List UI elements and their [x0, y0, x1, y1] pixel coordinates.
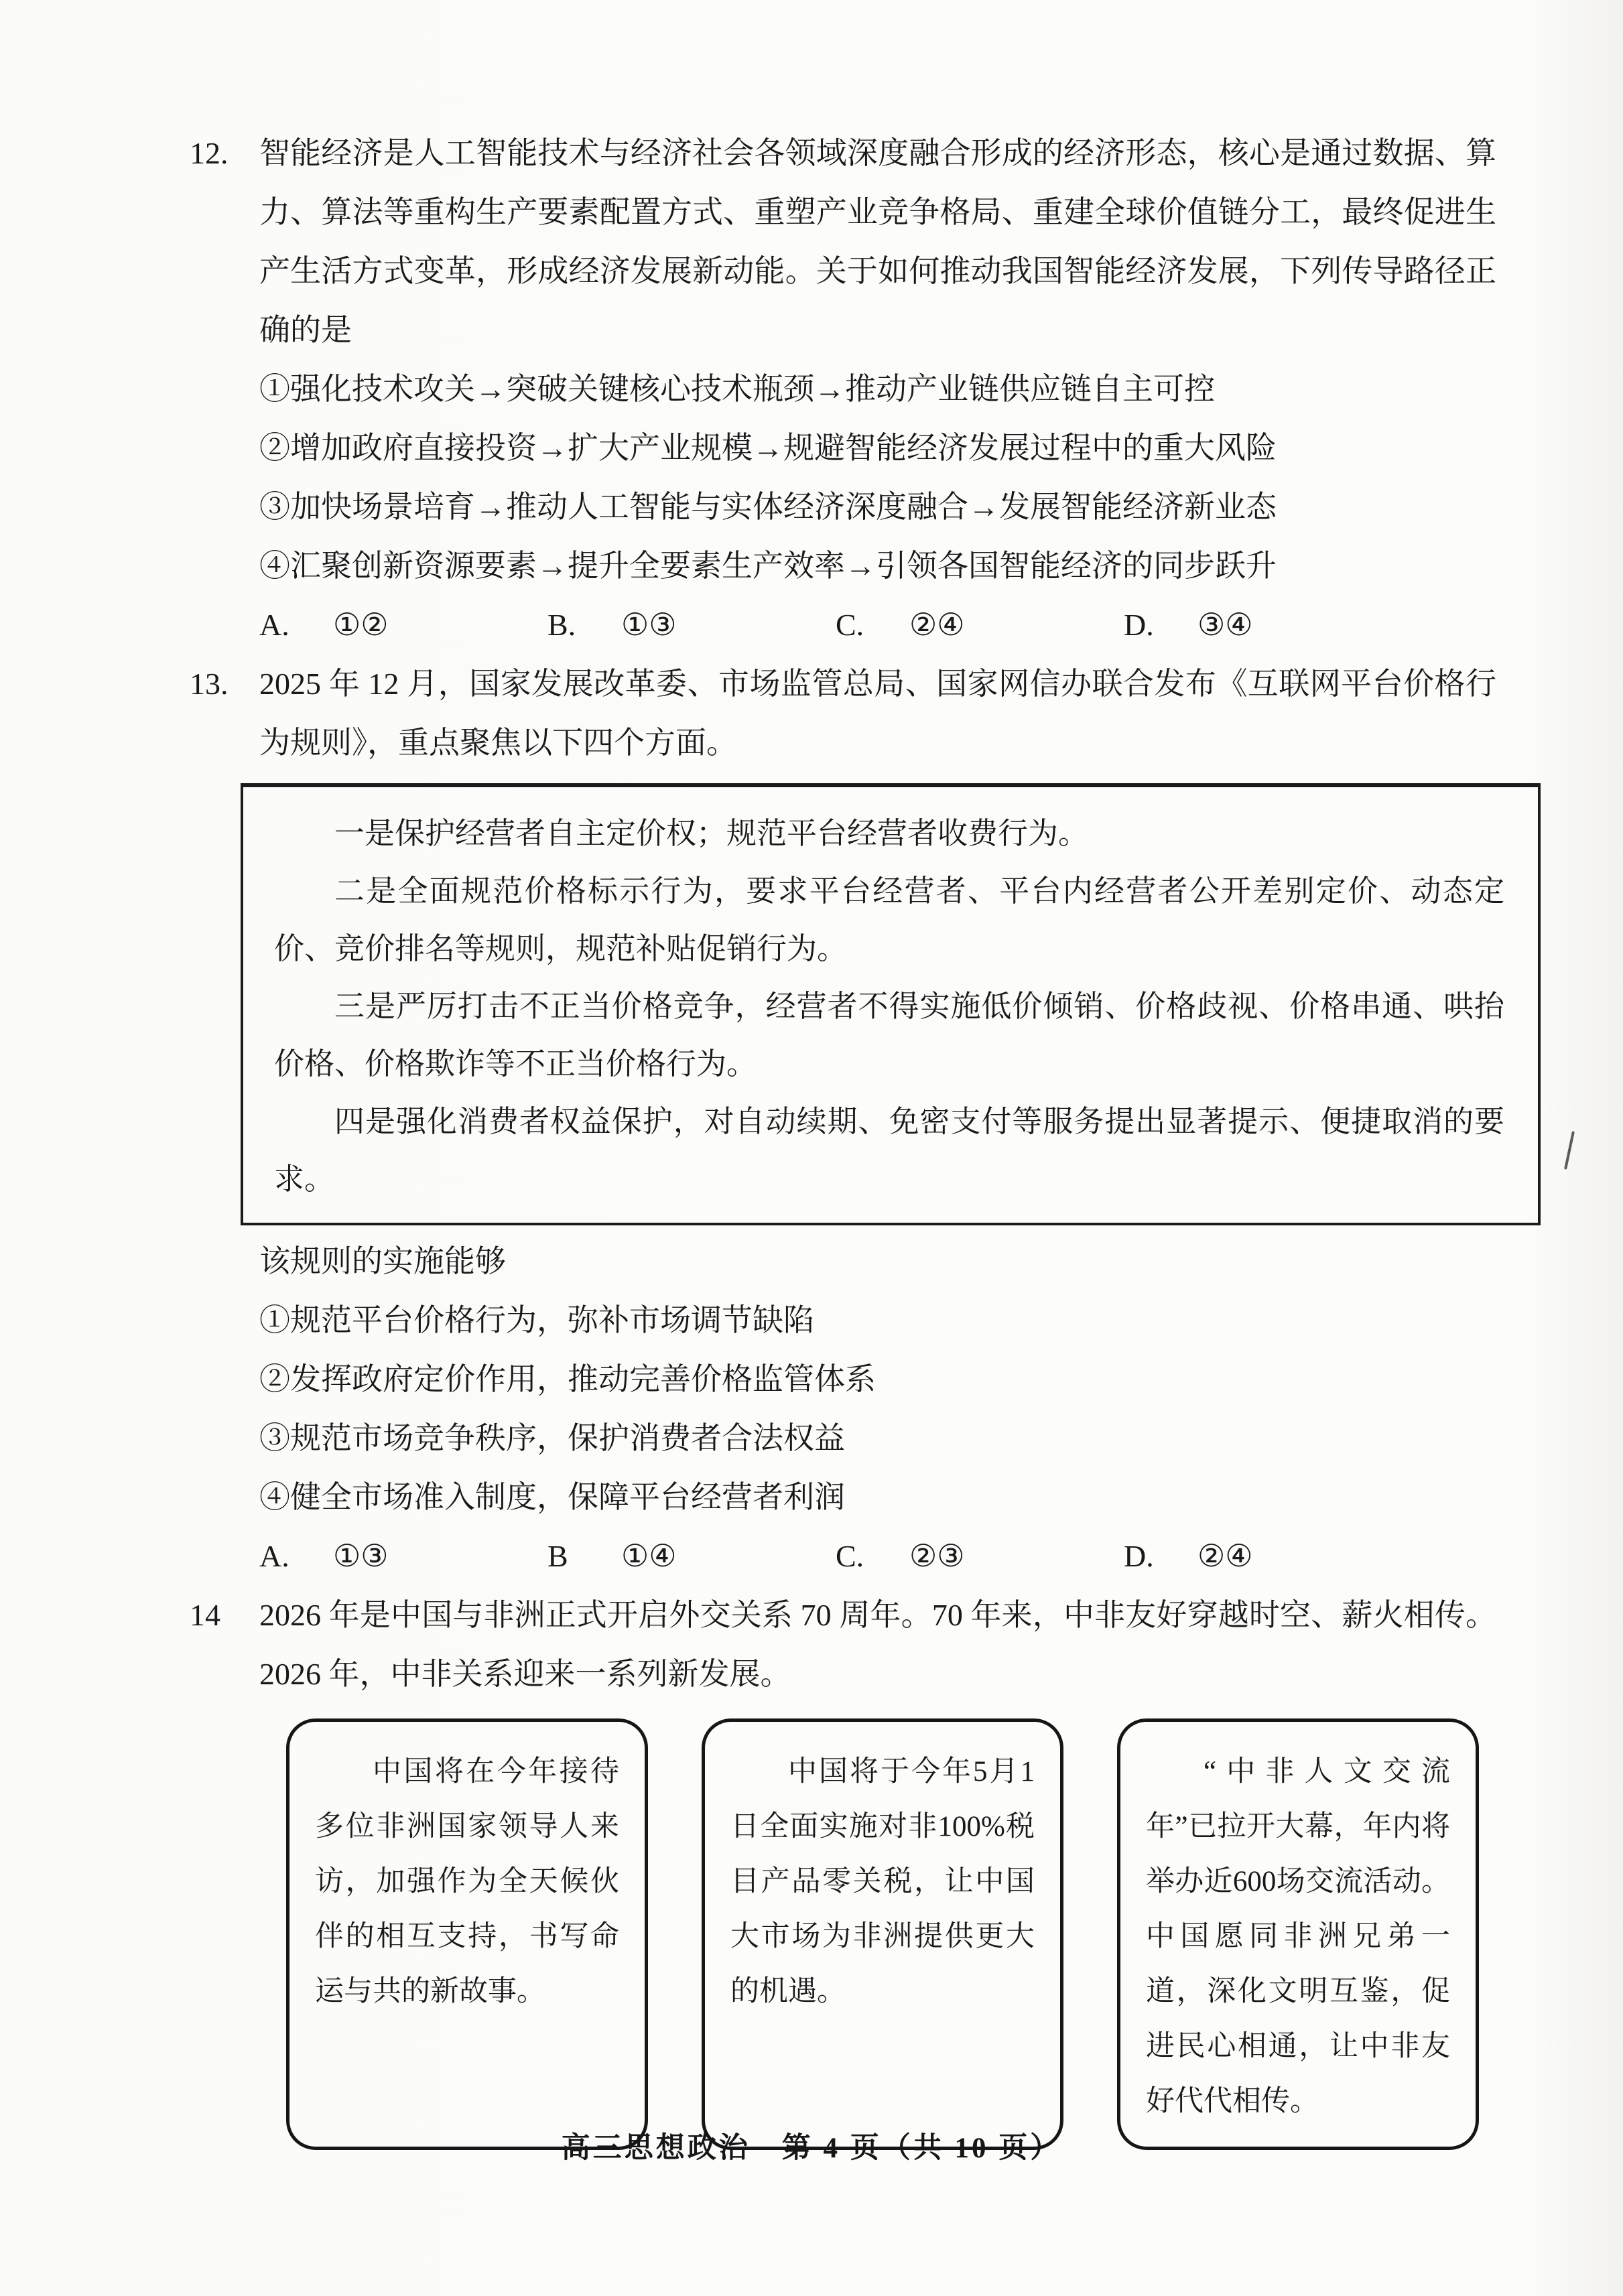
question-12-path-4: ④汇聚创新资源要素→提升全要素生产效率→引领各国智能经济的同步跃升	[259, 537, 1496, 596]
question-14-number: 14	[190, 1586, 259, 1645]
question-13-option-d: D.②④	[1124, 1527, 1252, 1586]
question-12-option-d: D.③④	[1124, 596, 1252, 655]
question-13-stem: 2025 年 12 月，国家发展改革委、市场监管总局、国家网信办联合发布《互联网…	[259, 655, 1496, 772]
option-d-value: ③④	[1197, 608, 1252, 642]
option-a-label: A.	[259, 1527, 333, 1586]
question-12-path-2: ②增加政府直接投资→扩大产业规模→规避智能经济发展过程中的重大风险	[259, 419, 1496, 478]
question-13-body: 2025 年 12 月，国家发展改革委、市场监管总局、国家网信办联合发布《互联网…	[259, 655, 1496, 1586]
question-13-options: A.①③ B①④ C.②③ D.②④	[259, 1527, 1496, 1586]
option-d-value: ②④	[1197, 1539, 1252, 1573]
question-12-option-b: B.①③	[547, 596, 836, 655]
question-13-statement-4: ④健全市场准入制度，保障平台经营者利润	[259, 1468, 1496, 1527]
card-leaders-visit-text: 中国将在今年接待多位非洲国家领导人来访，加强作为全天候伙伴的相互支持，书写命运与…	[315, 1745, 619, 2019]
question-13: 13. 2025 年 12 月，国家发展改革委、市场监管总局、国家网信办联合发布…	[190, 655, 1496, 1586]
question-12-stem: 智能经济是人工智能技术与经济社会各领域深度融合形成的经济形态，核心是通过数据、算…	[259, 124, 1496, 360]
question-13-option-b: B①④	[547, 1527, 836, 1586]
question-12: 12. 智能经济是人工智能技术与经济社会各领域深度融合形成的经济形态，核心是通过…	[190, 124, 1496, 655]
card-zero-tariff: 中国将于今年5月1日全面实施对非100%税目产品零关税，让中国大市场为非洲提供更…	[702, 1718, 1063, 2150]
option-b-value: ①④	[621, 1539, 676, 1573]
rules-box-paragraph-1: 一是保护经营者自主定价权；规范平台经营者收费行为。	[274, 805, 1504, 862]
china-africa-cards: 中国将在今年接待多位非洲国家领导人来访，加强作为全天候伙伴的相互支持，书写命运与…	[286, 1718, 1496, 2150]
option-a-label: A.	[259, 596, 333, 655]
exam-page: 12. 智能经济是人工智能技术与经济社会各领域深度融合形成的经济形态，核心是通过…	[0, 0, 1623, 2296]
question-14: 14 2026 年是中国与非洲正式开启外交关系 70 周年。70 年来，中非友好…	[190, 1586, 1496, 2150]
option-c-value: ②④	[909, 608, 964, 642]
question-13-option-c: C.②③	[836, 1527, 1124, 1586]
question-13-statement-2: ②发挥政府定价作用，推动完善价格监管体系	[259, 1350, 1496, 1409]
rules-box-paragraph-4: 四是强化消费者权益保护，对自动续期、免密支付等服务提出显著提示、便捷取消的要求。	[274, 1093, 1504, 1208]
question-14-body: 2026 年是中国与非洲正式开启外交关系 70 周年。70 年来，中非友好穿越时…	[259, 1586, 1496, 2150]
question-13-option-a: A.①③	[259, 1527, 547, 1586]
question-12-number: 12.	[190, 124, 259, 183]
card-cultural-exchange-year-text: “中非人文交流年”已拉开大幕，年内将举办近600场交流活动。中国愿同非洲兄弟一道…	[1146, 1745, 1450, 2129]
page-footer: 高三思想政治 第 4 页（共 10 页）	[0, 2125, 1623, 2166]
question-12-option-a: A.①②	[259, 596, 547, 655]
question-12-options: A.①② B.①③ C.②④ D.③④	[259, 596, 1496, 655]
question-12-path-3: ③加快场景培育→推动人工智能与实体经济深度融合→发展智能经济新业态	[259, 478, 1496, 537]
option-c-value: ②③	[909, 1539, 964, 1573]
question-13-statement-3: ③规范市场竞争秩序，保护消费者合法权益	[259, 1409, 1496, 1468]
scan-artifact-mark	[1564, 1131, 1575, 1170]
rules-box-paragraph-2: 二是全面规范价格标示行为，要求平台经营者、平台内经营者公开差别定价、动态定价、竞…	[274, 862, 1504, 977]
option-a-value: ①③	[333, 1539, 388, 1573]
page-content: 12. 智能经济是人工智能技术与经济社会各领域深度融合形成的经济形态，核心是通过…	[190, 124, 1496, 2150]
question-13-lead-in: 该规则的实施能够	[259, 1232, 1496, 1291]
option-a-value: ①②	[333, 608, 388, 642]
option-b-value: ①③	[621, 608, 676, 642]
rules-box-paragraph-3: 三是严厉打击不正当价格竞争，经营者不得实施低价倾销、价格歧视、价格串通、哄抬价格…	[274, 977, 1504, 1093]
question-14-stem: 2026 年是中国与非洲正式开启外交关系 70 周年。70 年来，中非友好穿越时…	[259, 1586, 1496, 1704]
question-13-number: 13.	[190, 655, 259, 714]
option-d-label: D.	[1124, 1527, 1197, 1586]
card-leaders-visit: 中国将在今年接待多位非洲国家领导人来访，加强作为全天候伙伴的相互支持，书写命运与…	[286, 1718, 648, 2150]
option-d-label: D.	[1124, 596, 1197, 655]
card-zero-tariff-text: 中国将于今年5月1日全面实施对非100%税目产品零关税，让中国大市场为非洲提供更…	[730, 1745, 1035, 2019]
option-b-label: B.	[547, 596, 621, 655]
question-13-statement-1: ①规范平台价格行为，弥补市场调节缺陷	[259, 1291, 1496, 1350]
question-12-body: 智能经济是人工智能技术与经济社会各领域深度融合形成的经济形态，核心是通过数据、算…	[259, 124, 1496, 655]
option-b-label: B	[547, 1527, 621, 1586]
question-12-option-c: C.②④	[836, 596, 1124, 655]
question-12-path-1: ①强化技术攻关→突破关键核心技术瓶颈→推动产业链供应链自主可控	[259, 360, 1496, 419]
card-cultural-exchange-year: “中非人文交流年”已拉开大幕，年内将举办近600场交流活动。中国愿同非洲兄弟一道…	[1117, 1718, 1479, 2150]
price-rules-box: 一是保护经营者自主定价权；规范平台经营者收费行为。 二是全面规范价格标示行为，要…	[241, 783, 1541, 1225]
option-c-label: C.	[836, 596, 909, 655]
option-c-label: C.	[836, 1527, 909, 1586]
